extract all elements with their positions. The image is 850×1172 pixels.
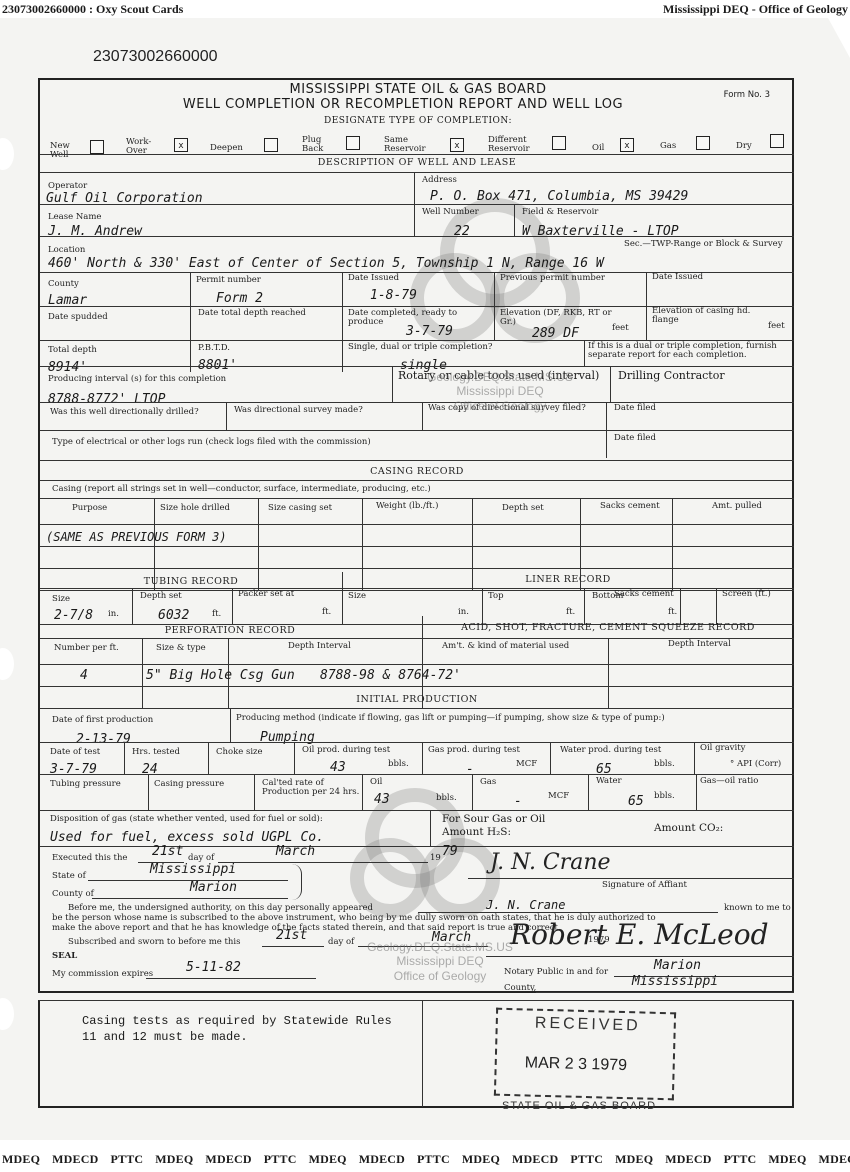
- casing-col-sacks-cement: Sacks cement: [600, 502, 660, 511]
- gas-prod-test-unit: MCF: [516, 760, 537, 769]
- footer-item: MDEQ: [309, 1152, 347, 1166]
- notary-state-value: Mississippi: [632, 974, 718, 989]
- location-label: Location: [48, 246, 85, 255]
- liner-sacks-label: Sacks cement: [614, 590, 674, 599]
- completion-kind-label: Single, dual or triple completion?: [348, 343, 492, 352]
- county-label: County: [48, 280, 79, 289]
- elevation-unit: feet: [612, 324, 629, 333]
- date-spudded-label: Date spudded: [48, 313, 108, 322]
- calc-rate-label: Cal'ted rate of Production per 24 hrs.: [262, 779, 362, 798]
- directional-survey-label: Was directional survey made?: [234, 406, 363, 415]
- label-same-reservoir: Same Reservoir: [384, 136, 436, 155]
- label-plug-back: Plug Back: [302, 136, 332, 155]
- footer-item: MDEQ: [155, 1152, 193, 1166]
- location-value: 460' North & 330' East of Center of Sect…: [48, 256, 604, 271]
- form-subtitle: WELL COMPLETION OR RECOMPLETION REPORT A…: [40, 97, 796, 112]
- casing-col-weight: Weight (lb./ft.): [376, 502, 438, 511]
- checkbox-gas[interactable]: [696, 136, 710, 150]
- elevation-value: 289 DF: [532, 326, 579, 341]
- liner-top-label: Top: [488, 592, 504, 601]
- drilling-contractor-label: Drilling Contractor: [618, 369, 725, 382]
- casing-pressure-label: Casing pressure: [154, 780, 224, 789]
- water-prod-test-label: Water prod. during test: [560, 746, 661, 755]
- state-of-value: Mississippi: [150, 862, 236, 877]
- label-dry: Dry: [736, 142, 752, 151]
- water-prod-test-unit: bbls.: [654, 760, 675, 769]
- lease-name-label: Lease Name: [48, 213, 101, 222]
- footer-item: MDECD: [512, 1152, 558, 1166]
- operator-label: Operator: [48, 182, 87, 191]
- liner-size-label: Size: [348, 592, 366, 601]
- notary-public-label: Notary Public in and for: [504, 968, 608, 977]
- before-me-text: Before me, the undersigned authority, on…: [68, 904, 373, 913]
- well-number-label: Well Number: [422, 208, 479, 217]
- api-number: 23073002660000: [93, 48, 218, 66]
- sec-twp-range-label: Sec.—TWP-Range or Block & Survey: [624, 240, 783, 249]
- oil-24-value: 43: [374, 792, 390, 807]
- form-title: MISSISSIPPI STATE OIL & GAS BOARD: [40, 82, 796, 97]
- label-deepen: Deepen: [210, 144, 243, 153]
- state-of-label: State of: [52, 872, 86, 881]
- scanned-document: 23073002660000 MISSISSIPPI STATE OIL & G…: [0, 18, 850, 1140]
- oil-gravity-unit: ° API (Corr): [730, 760, 781, 769]
- section-initial-production: INITIAL PRODUCTION: [40, 694, 794, 705]
- punch-hole: [0, 138, 14, 170]
- survey-copy-filed-label: Was copy of directional survey filed?: [428, 404, 598, 413]
- subscribed-month: March: [432, 930, 471, 945]
- elevation-casing-label: Elevation of casing hd. flange: [652, 307, 762, 326]
- oil-prod-test-unit: bbls.: [388, 760, 409, 769]
- subscribed-day-of: day of: [328, 938, 354, 947]
- executed-prefix: Executed this the: [52, 853, 127, 863]
- executed-year: 79: [442, 844, 458, 859]
- permit-number-value: Form 2: [216, 291, 263, 306]
- date-test-label: Date of test: [50, 748, 100, 757]
- total-depth-label: Total depth: [48, 346, 97, 355]
- co2-label: Amount CO₂:: [654, 822, 723, 834]
- well-completion-form: MISSISSIPPI STATE OIL & GAS BOARD WELL C…: [38, 78, 794, 993]
- checkbox-different-reservoir[interactable]: [552, 136, 566, 150]
- executed-year-prefix: 19: [430, 854, 441, 863]
- tubing-size-unit: in.: [108, 610, 119, 619]
- page-footer: MDEQMDECDPTTCMDEQMDECDPTTCMDEQMDECDPTTCM…: [0, 1152, 850, 1172]
- footer-item: PTTC: [264, 1152, 297, 1166]
- county-of-value: Marion: [190, 880, 237, 895]
- checkbox-plug-back[interactable]: [346, 136, 360, 150]
- first-production-label: Date of first production: [52, 716, 153, 725]
- producing-interval-label: Producing interval (s) for this completi…: [48, 375, 226, 384]
- checkbox-oil[interactable]: x: [620, 138, 634, 152]
- oil-prod-test-label: Oil prod. during test: [302, 746, 390, 755]
- tubing-size-label: Size: [52, 595, 70, 604]
- notary-signature: Robert E. McLeod: [510, 918, 769, 951]
- gas-disposition-label: Disposition of gas (state whether vented…: [50, 815, 323, 824]
- section-acid-record: ACID, SHOT, FRACTURE, CEMENT SQUEEZE REC…: [422, 622, 794, 633]
- seal-label: SEAL: [52, 952, 77, 961]
- bottom-box: Casing tests as required by Statewide Ru…: [38, 1000, 794, 1108]
- subscribed-day: 21st: [276, 928, 307, 943]
- dual-completion-note: If this is a dual or triple completion, …: [588, 342, 794, 361]
- tubing-depth-unit: ft.: [212, 610, 221, 619]
- form-number: Form No. 3: [724, 90, 770, 100]
- liner-size-unit: in.: [458, 608, 469, 617]
- directionally-drilled-label: Was this well directionally drilled?: [50, 408, 199, 417]
- footer-item: MDEQ: [462, 1152, 500, 1166]
- rotary-tools-label: Rotary or cable tools used (interval): [398, 369, 599, 382]
- signature-of-affiant-label: Signature of Affiant: [602, 881, 687, 890]
- casing-col-amt-pulled: Amt. pulled: [712, 502, 762, 511]
- packer-set-unit: ft.: [322, 608, 331, 617]
- tubing-depth-label: Depth set: [140, 592, 182, 601]
- pbtd-label: P.B.T.D.: [198, 344, 230, 353]
- notary-county-value: Marion: [654, 958, 701, 973]
- footer-item: PTTC: [110, 1152, 143, 1166]
- producing-interval-value: 8788-8772' LTOP: [48, 392, 165, 407]
- label-gas: Gas: [660, 142, 676, 151]
- perf-col-depth: Depth Interval: [288, 642, 351, 651]
- footer-item: PTTC: [417, 1152, 450, 1166]
- affiant-signature: J. N. Crane: [490, 850, 611, 875]
- perf-col-size-type: Size & type: [156, 644, 206, 653]
- perf-size-type-value: 5" Big Hole Csg Gun: [146, 668, 295, 683]
- perf-number-value: 4: [80, 668, 88, 683]
- agency-title: Mississippi DEQ - Office of Geology: [663, 2, 848, 17]
- appeared-name: J. N. Crane: [486, 898, 565, 912]
- checkbox-dry[interactable]: [770, 134, 784, 148]
- section-description: DESCRIPTION OF WELL AND LEASE: [40, 157, 794, 168]
- acid-col-depth: Depth Interval: [668, 640, 731, 649]
- footer-item: MDEQ: [768, 1152, 806, 1166]
- address-label: Address: [422, 176, 457, 185]
- section-perforation-record: PERFORATION RECORD: [40, 625, 420, 636]
- punch-hole: [0, 648, 14, 680]
- date-issued-2-label: Date Issued: [652, 273, 703, 282]
- gas-prod-test-label: Gas prod. during test: [428, 746, 520, 755]
- logs-run-label: Type of electrical or other logs run (ch…: [52, 438, 371, 447]
- choke-size-label: Choke size: [216, 748, 263, 757]
- tubing-depth-value: 6032: [158, 608, 189, 623]
- document-id-title: 23073002660000 : Oxy Scout Cards: [2, 2, 183, 17]
- footer-item: MDECD: [819, 1152, 850, 1166]
- casing-col-depth-set: Depth set: [502, 504, 544, 513]
- checkbox-new-well[interactable]: [90, 140, 104, 154]
- checkbox-deepen[interactable]: [264, 138, 278, 152]
- bracket: [292, 864, 302, 900]
- executed-day: 21st: [152, 844, 183, 859]
- casing-col-size-casing: Size casing set: [268, 504, 332, 513]
- sour-gas-label: For Sour Gas or Oil: [442, 813, 545, 825]
- first-production-value: 2-13-79: [76, 732, 131, 747]
- executed-label: Executed this the: [52, 854, 127, 863]
- casing-tests-note: Casing tests as required by Statewide Ru…: [82, 1013, 412, 1045]
- county-label-2: County,: [504, 984, 536, 993]
- date-filed-2-label: Date filed: [614, 434, 656, 443]
- designate-label: DESIGNATE TYPE OF COMPLETION:: [40, 116, 796, 126]
- address-value: P. O. Box 471, Columbia, MS 39429: [430, 189, 688, 204]
- commission-value: 5-11-82: [186, 960, 241, 975]
- section-tubing-record: TUBING RECORD: [40, 576, 342, 587]
- liner-bottom-unit: ft.: [668, 608, 677, 617]
- county-of-label: County of: [52, 890, 94, 899]
- producing-method-label: Producing method (indicate if flowing, g…: [236, 714, 665, 723]
- footer-item: MDECD: [665, 1152, 711, 1166]
- received-stamp-title: RECEIVED: [508, 1014, 668, 1036]
- commission-label: My commission expires: [52, 970, 153, 979]
- gas-24-unit: MCF: [548, 792, 569, 801]
- previous-permit-label: Previous permit number: [500, 274, 605, 283]
- subscribed-text: Subscribed and sworn to before me this: [68, 938, 240, 947]
- gas-24-label: Gas: [480, 778, 496, 787]
- perf-col-number: Number per ft.: [54, 644, 119, 653]
- date-issued-label: Date Issued: [348, 274, 399, 283]
- liner-top-unit: ft.: [566, 608, 575, 617]
- oil-prod-test-value: 43: [330, 760, 346, 775]
- checkbox-work-over[interactable]: x: [174, 138, 188, 152]
- footer-item: MDECD: [359, 1152, 405, 1166]
- gas-24-value: -: [514, 794, 522, 809]
- footer-item: PTTC: [570, 1152, 603, 1166]
- casing-col-size-hole: Size hole drilled: [160, 504, 230, 513]
- casing-subtitle: Casing (report all strings set in well—c…: [52, 485, 431, 494]
- gas-disposition-value: Used for fuel, excess sold UGPL Co.: [50, 830, 324, 845]
- elevation-label: Elevation (DF, RKB, RT or Gr.): [500, 309, 620, 328]
- gas-oil-ratio-label: Gas—oil ratio: [700, 777, 758, 786]
- section-casing-record: CASING RECORD: [40, 466, 794, 477]
- page-curl: [828, 18, 850, 58]
- water-24-unit: bbls.: [654, 792, 675, 801]
- received-stamp: RECEIVED MAR 2 3 1979: [494, 1008, 676, 1101]
- date-completed-value: 3-7-79: [406, 324, 453, 339]
- footer-item: MDEQ: [2, 1152, 40, 1166]
- footer-item: MDEQ: [615, 1152, 653, 1166]
- section-liner-record: LINER RECORD: [342, 574, 794, 585]
- water-24-label: Water: [596, 777, 622, 786]
- footer-item: PTTC: [724, 1152, 757, 1166]
- date-filed-1-label: Date filed: [614, 404, 656, 413]
- received-stamp-agency: STATE OIL & GAS BOARD: [502, 1100, 656, 1112]
- footer-item: MDECD: [52, 1152, 98, 1166]
- label-different-reservoir: Different Reservoir: [488, 136, 542, 155]
- packer-set-label: Packer set at: [238, 590, 294, 599]
- perf-depth-value: 8788-98 & 8764-72': [320, 668, 461, 683]
- tubing-size-value: 2-7/8: [54, 608, 93, 623]
- footer-item: MDECD: [205, 1152, 251, 1166]
- oil-24-label: Oil: [370, 778, 382, 787]
- acid-col-material: Am't. & kind of material used: [442, 642, 569, 651]
- casing-col-purpose: Purpose: [72, 504, 107, 513]
- hrs-tested-label: Hrs. tested: [132, 748, 180, 757]
- field-reservoir-label: Field & Reservoir: [522, 208, 598, 217]
- label-oil: Oil: [592, 144, 604, 153]
- executed-month: March: [276, 844, 315, 859]
- permit-number-label: Permit number: [196, 276, 261, 285]
- total-depth-value: 8914': [48, 360, 87, 375]
- liner-screen-label: Screen (ft.): [722, 590, 771, 599]
- known-to-me-text: known to me to: [724, 904, 791, 913]
- elevation-casing-unit: feet: [768, 322, 785, 331]
- punch-hole: [0, 998, 14, 1030]
- h2s-label: Amount H₂S:: [442, 826, 511, 838]
- page-header: 23073002660000 : Oxy Scout Cards Mississ…: [0, 0, 850, 18]
- tubing-pressure-label: Tubing pressure: [50, 780, 121, 789]
- casing-row-value: (SAME AS PREVIOUS FORM 3): [46, 530, 227, 544]
- received-stamp-date: MAR 2 3 1979: [524, 1054, 627, 1075]
- water-24-value: 65: [628, 794, 644, 809]
- date-issued-value: 1-8-79: [370, 288, 417, 303]
- oil-24-unit: bbls.: [436, 794, 457, 803]
- date-td-label: Date total depth reached: [198, 309, 338, 318]
- oil-gravity-label: Oil gravity: [700, 744, 745, 753]
- checkbox-same-reservoir[interactable]: x: [450, 138, 464, 152]
